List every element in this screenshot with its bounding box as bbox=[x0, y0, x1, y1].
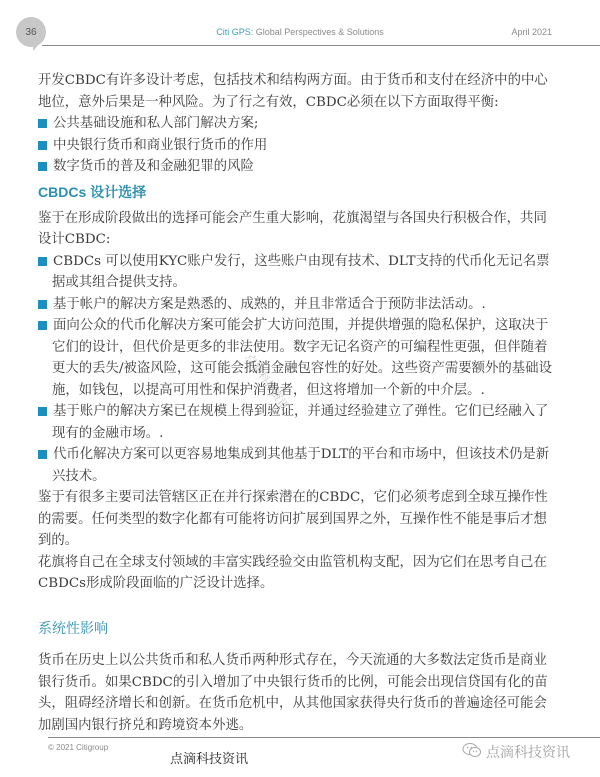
balance-list-item: 中央银行货币和商业银行货币的作用 bbox=[38, 135, 558, 157]
copyright-notice: © 2021 Citigroup bbox=[48, 743, 108, 752]
series-name: Global Perspectives & Solutions bbox=[253, 27, 384, 37]
section-heading-systemic-impact: 系统性影响 bbox=[38, 619, 558, 641]
publication-title: Citi GPS: Global Perspectives & Solution… bbox=[0, 27, 600, 37]
brand-name: Citi GPS: bbox=[216, 27, 253, 37]
design-list-item: 代币化解决方案可以更容易地集成到其他基于DLT的平台和市场中，但该技术仍是新兴技… bbox=[38, 444, 558, 487]
page-body: 开发CBDC有许多设计考虑，包括技术和结构两方面。由于货币和支付在经济中的中心地… bbox=[38, 70, 558, 736]
wechat-account-name: 点滴科技资讯 bbox=[486, 742, 570, 762]
wechat-account-label: 点滴科技资讯 bbox=[462, 742, 570, 762]
section-heading-design-choices: CBDCs 设计选择 bbox=[38, 182, 558, 202]
balance-list-item: 公共基础设施和私人部门解决方案; bbox=[38, 113, 558, 135]
publication-date: April 2021 bbox=[511, 27, 552, 37]
header-divider bbox=[42, 45, 600, 46]
citi-experience-paragraph: 花旗将自己在全球支付领域的丰富实践经验交由监管机构支配，因为它们在思考自己在CB… bbox=[38, 552, 558, 595]
source-label: 点滴科技资讯 bbox=[170, 748, 248, 767]
wechat-icon bbox=[462, 742, 482, 762]
balance-list-item: 数字货币的普及和金融犯罪的风险 bbox=[38, 156, 558, 178]
page-header: 36 Citi GPS: Global Perspectives & Solut… bbox=[0, 0, 600, 60]
design-intro-paragraph: 鉴于在形成阶段做出的选择可能会产生重大影响，花旗渴望与各国央行积极合作，共同设计… bbox=[38, 208, 558, 251]
intro-paragraph: 开发CBDC有许多设计考虑，包括技术和结构两方面。由于货币和支付在经济中的中心地… bbox=[38, 70, 558, 113]
design-list-item: CBDCs 可以使用KYC账户发行，这些账户由现有技术、DLT支持的代币化无记名… bbox=[38, 251, 558, 294]
systemic-impact-paragraph: 货币在历史上以公共货币和私人货币两种形式存在，今天流通的大多数法定货币是商业银行… bbox=[38, 650, 558, 736]
design-list-item: 基于账户的解决方案已在规模上得到验证，并通过经验建立了弹性。它们已经融入了现有的… bbox=[38, 401, 558, 444]
footer-divider bbox=[48, 737, 600, 738]
page-badge-tail bbox=[33, 42, 41, 51]
interoperability-paragraph: 鉴于有很多主要司法管辖区正在并行探索潜在的CBDC，它们必须考虑到全球互操作性的… bbox=[38, 487, 558, 552]
design-list-item: 基于帐户的解决方案是熟悉的、成熟的，并且非常适合于预防非法活动。. bbox=[38, 294, 558, 316]
design-list-item: 面向公众的代币化解决方案可能会扩大访问范围，并提供增强的隐私保护，这取决于它们的… bbox=[38, 315, 558, 401]
